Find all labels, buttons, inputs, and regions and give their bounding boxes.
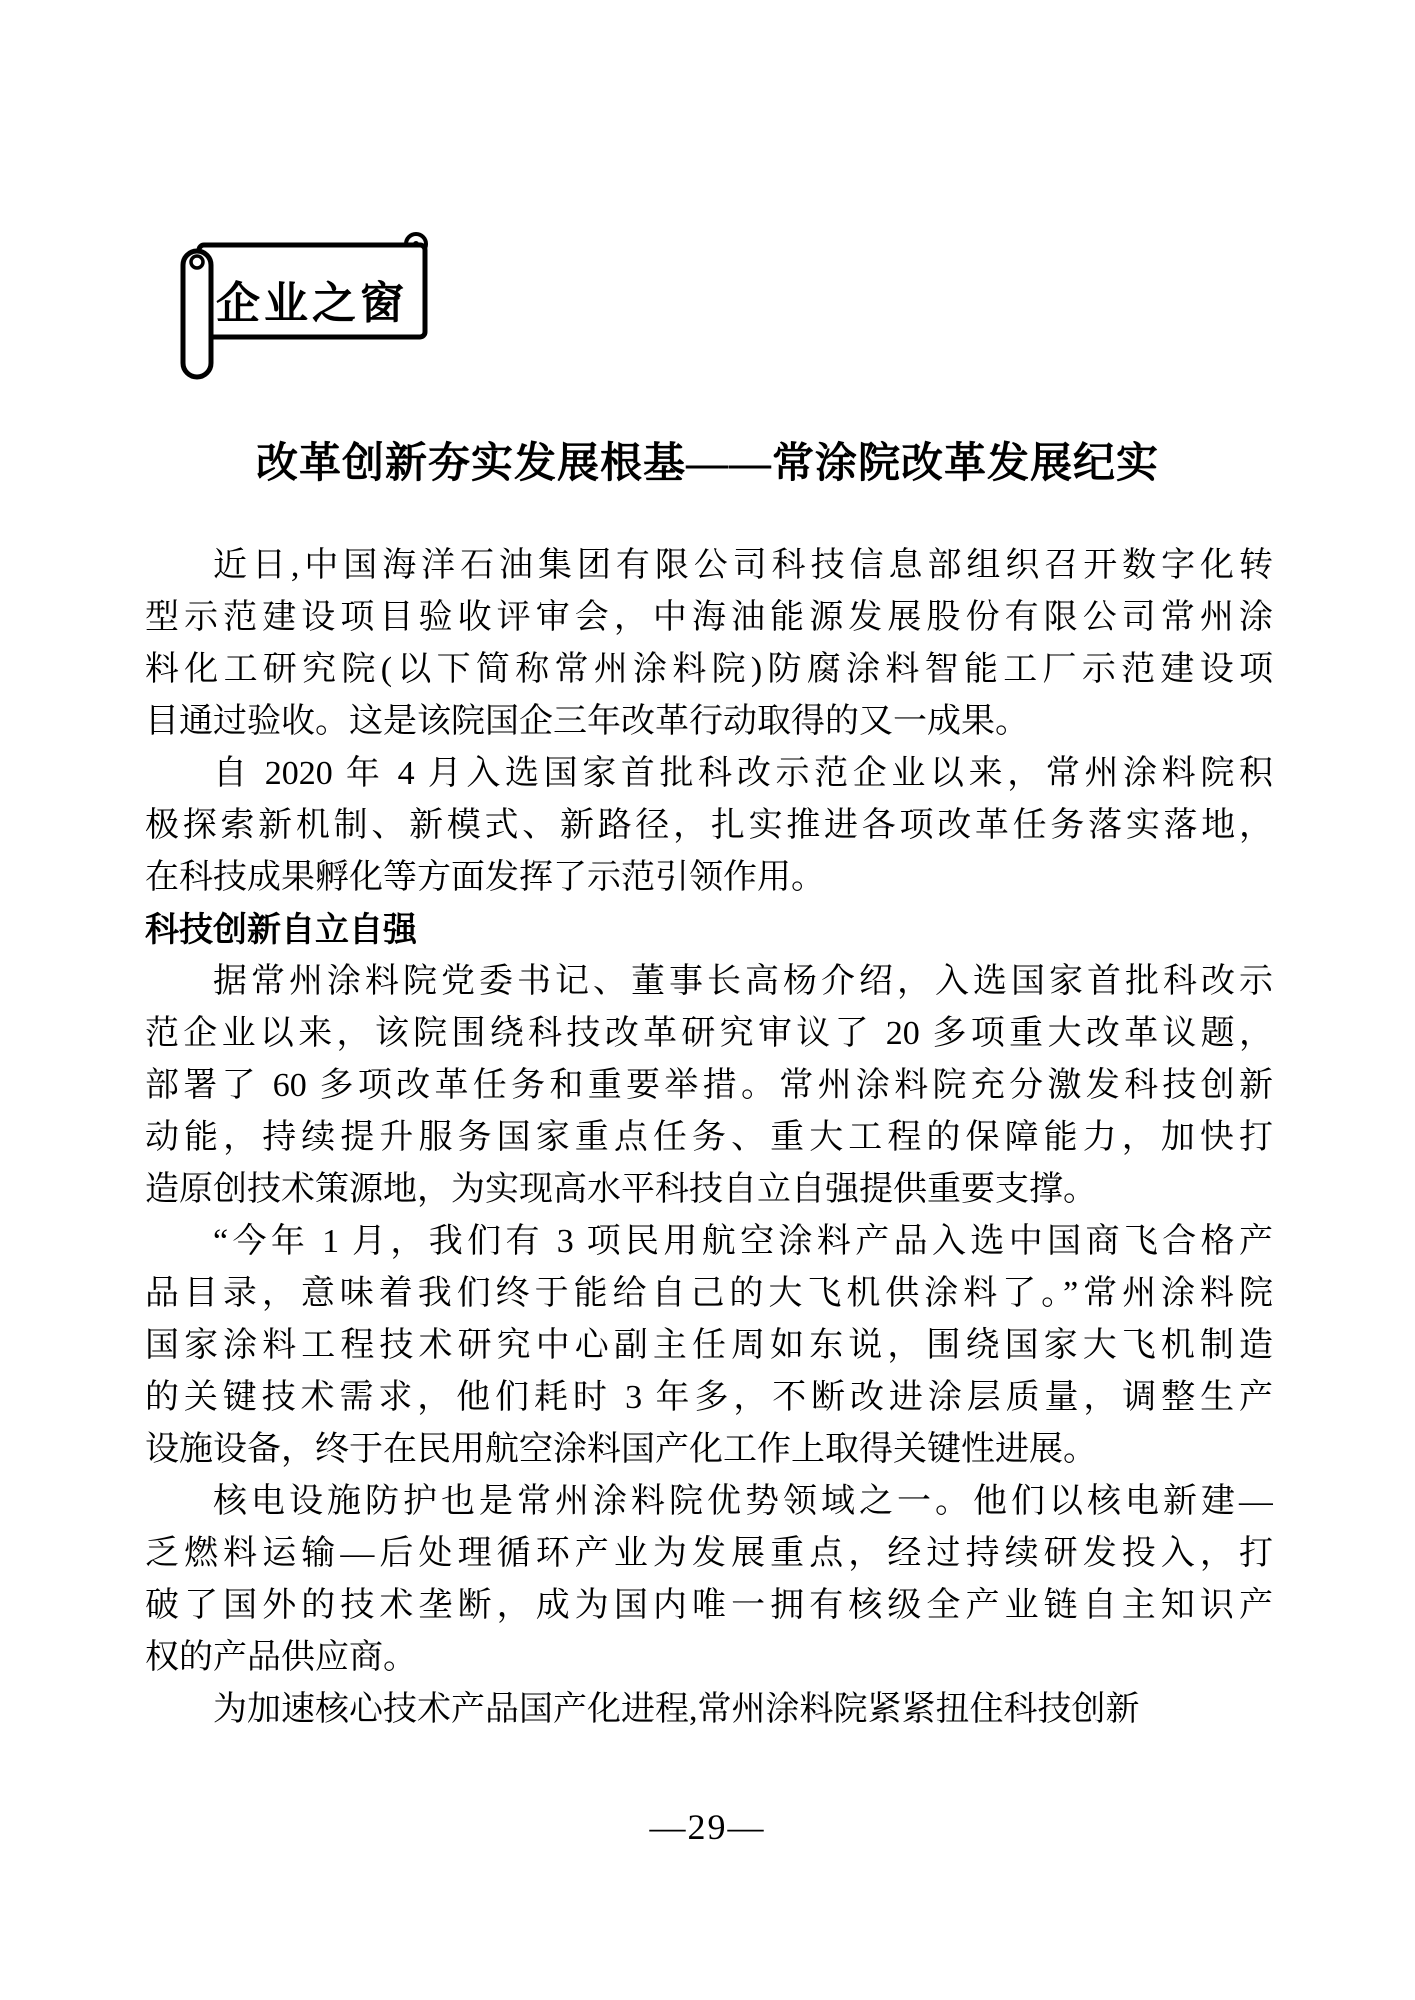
text-line: 近日,中国海洋石油集团有限公司科技信息部组织召开数字化转 — [145, 540, 1273, 592]
article-title: 改革创新夯实发展根基——常涂院改革发展纪实 — [0, 430, 1415, 490]
text-line: 型示范建设项目验收评审会，中海油能源发展股份有限公司常州涂 — [145, 592, 1273, 644]
text-line: 部署了 60 多项改革任务和重要举措。常州涂料院充分激发科技创新 — [145, 1060, 1273, 1112]
text-line: 据常州涂料院党委书记、董事长高杨介绍，入选国家首批科改示 — [145, 956, 1273, 1008]
text-line: 造原创技术策源地，为实现高水平科技自立自强提供重要支撑。 — [145, 1164, 1273, 1216]
text-line: 为加速核心技术产品国产化进程,常州涂料院紧紧扭住科技创新 — [145, 1684, 1273, 1736]
text-line: 动能，持续提升服务国家重点任务、重大工程的保障能力，加快打 — [145, 1112, 1273, 1164]
section-heading: 科技创新自立自强 — [145, 904, 1273, 956]
text-line: 在科技成果孵化等方面发挥了示范引领作用。 — [145, 852, 1273, 904]
text-line: 自 2020 年 4 月入选国家首批科改示范企业以来，常州涂料院积 — [145, 748, 1273, 800]
text-line: 乏燃料运输—后处理循环产业为发展重点，经过持续研发投入，打 — [145, 1528, 1273, 1580]
text-line: 国家涂料工程技术研究中心副主任周如东说，围绕国家大飞机制造 — [145, 1320, 1273, 1372]
document-page: 企业之窗 改革创新夯实发展根基——常涂院改革发展纪实 近日,中国海洋石油集团有限… — [0, 0, 1415, 2000]
text-line: 权的产品供应商。 — [145, 1632, 1273, 1684]
text-line: 极探索新机制、新模式、新路径，扎实推进各项改革任务落实落地， — [145, 800, 1273, 852]
text-line: 的关键技术需求，他们耗时 3 年多，不断改进涂层质量，调整生产 — [145, 1372, 1273, 1424]
text-line: “今年 1 月，我们有 3 项民用航空涂料产品入选中国商飞合格产 — [145, 1216, 1273, 1268]
text-line: 核电设施防护也是常州涂料院优势领域之一。他们以核电新建— — [145, 1476, 1273, 1528]
article-body: 近日,中国海洋石油集团有限公司科技信息部组织召开数字化转型示范建设项目验收评审会… — [145, 540, 1273, 1736]
text-line: 破了国外的技术垄断，成为国内唯一拥有核级全产业链自主知识产 — [145, 1580, 1273, 1632]
text-line: 料化工研究院(以下简称常州涂料院)防腐涂料智能工厂示范建设项 — [145, 644, 1273, 696]
text-line: 目通过验收。这是该院国企三年改革行动取得的又一成果。 — [145, 696, 1273, 748]
text-line: 范企业以来，该院围绕科技改革研究审议了 20 多项重大改革议题， — [145, 1008, 1273, 1060]
text-line: 设施设备，终于在民用航空涂料国产化工作上取得关键性进展。 — [145, 1424, 1273, 1476]
text-line: 品目录，意味着我们终于能给自己的大飞机供涂料了。”常州涂料院 — [145, 1268, 1273, 1320]
section-banner: 企业之窗 — [155, 231, 447, 381]
page-number: —29— — [0, 1806, 1415, 1848]
banner-label: 企业之窗 — [199, 267, 425, 331]
